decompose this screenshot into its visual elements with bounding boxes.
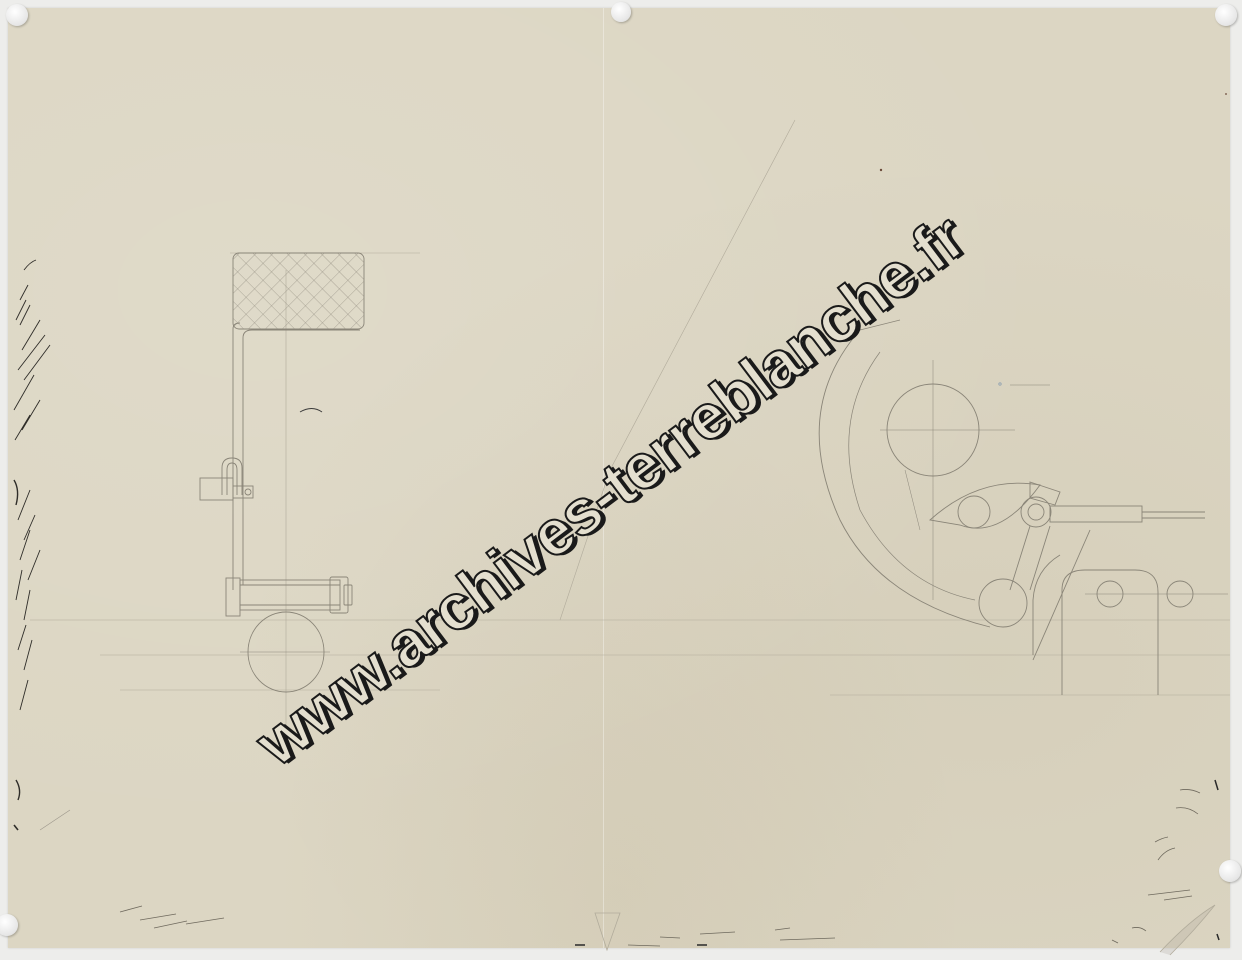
- pencil-mark: [300, 409, 322, 413]
- bottom-right-marks: [1112, 780, 1219, 955]
- left-margin-hatching: [14, 260, 70, 830]
- right-mechanism-drawing: [819, 320, 1228, 695]
- bottom-margin-marks: [120, 906, 835, 950]
- crosshatched-pad: [233, 253, 364, 329]
- left-elevation-drawing: [200, 253, 364, 692]
